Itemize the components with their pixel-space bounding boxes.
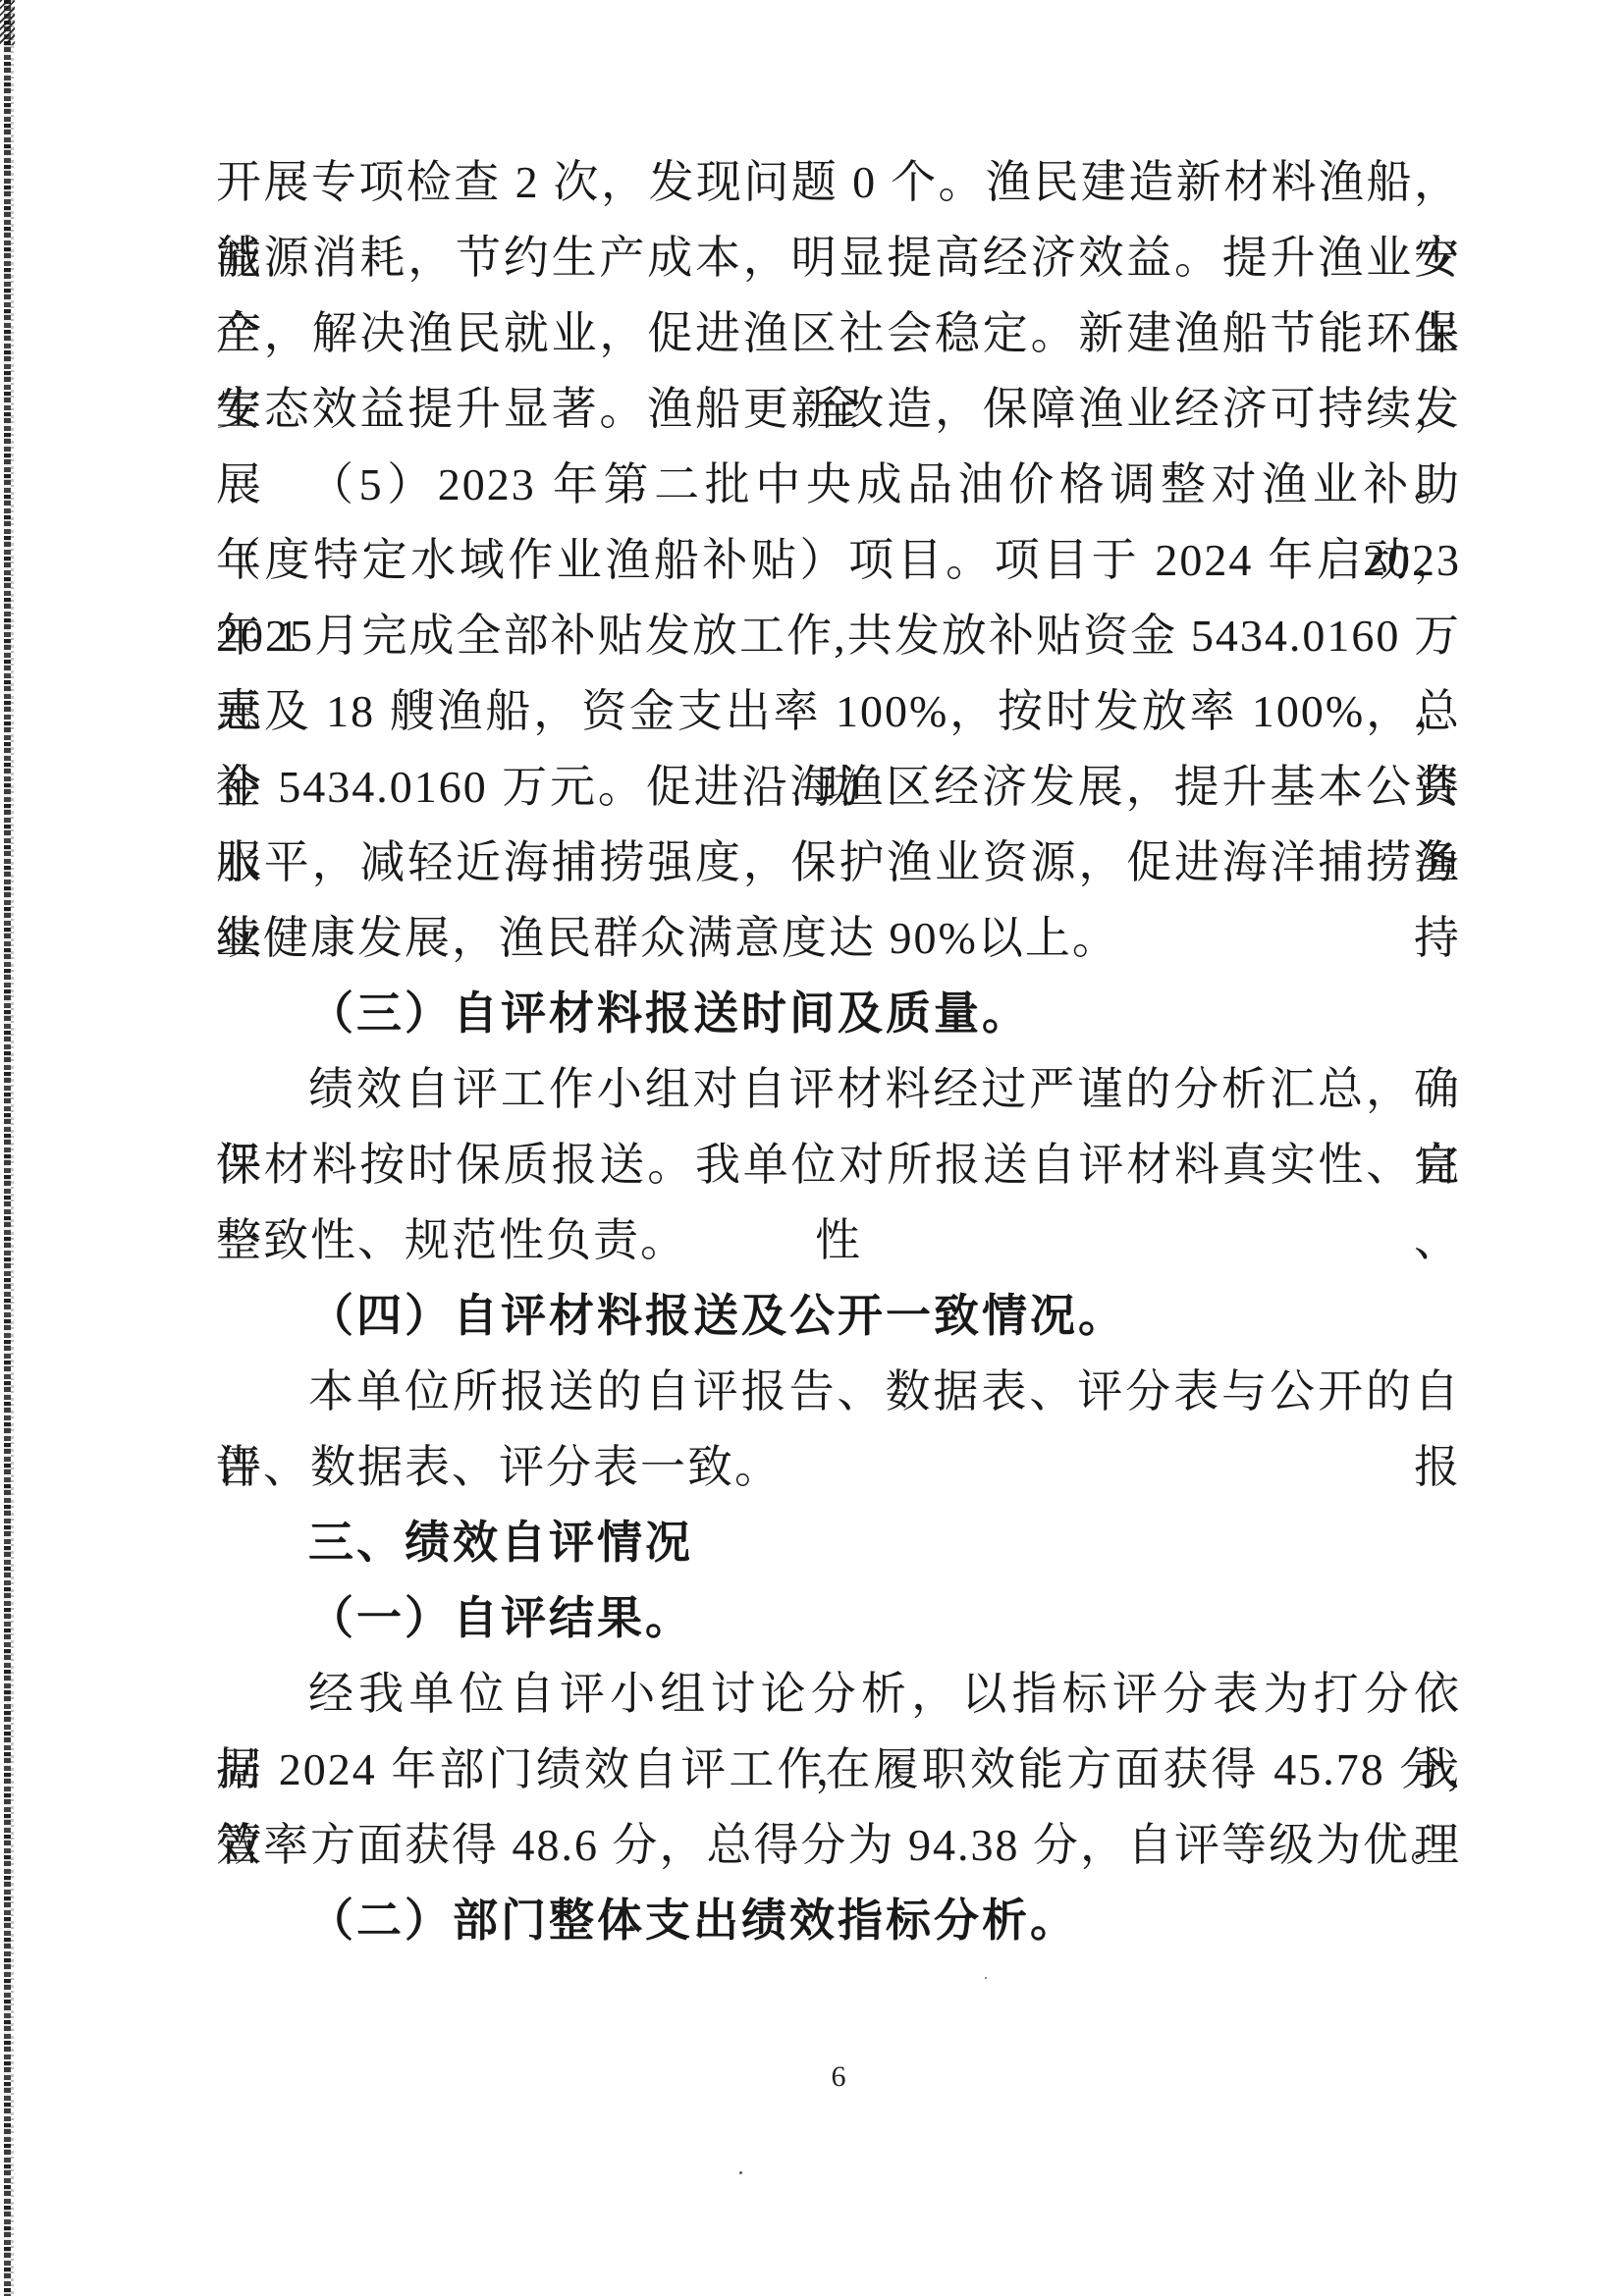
section-heading: （一）自评结果。 xyxy=(216,1580,1461,1656)
text-line: 生态效益提升显著。渔船更新改造，保障渔业经济可持续发展。 xyxy=(216,371,1461,447)
text-line: 水平，减轻近海捕捞强度，保护渔业资源，促进海洋捕捞渔业持 xyxy=(216,825,1461,900)
scan-edge-artifact xyxy=(4,0,11,2296)
scan-edge-artifact-soft xyxy=(11,0,14,2296)
text-line: （5）2023 年第二批中央成品油价格调整对渔业补助（2023 xyxy=(216,447,1461,522)
text-line: 金 5434.0160 万元。促进沿海渔区经济发展，提升基本公共服务 xyxy=(216,749,1461,825)
text-line: 能源消耗，节约生产成本，明显提高经济效益。提升渔业安全生 xyxy=(216,220,1461,295)
section-heading: 三、绩效自评情况 xyxy=(216,1505,1461,1580)
document-body: 开展专项检查 2 次，发现问题 0 个。渔民建造新材料渔船，减少 能源消耗，节约… xyxy=(216,144,1461,1958)
text-line: 开展专项检查 2 次，发现问题 0 个。渔民建造新材料渔船，减少 xyxy=(216,144,1461,220)
text-line: 局 2024 年部门绩效自评工作在履职效能方面获得 45.78 分,管理 xyxy=(216,1732,1461,1807)
scan-speck xyxy=(985,1977,987,1979)
text-line: 绩效自评工作小组对自评材料经过严谨的分析汇总，确保自 xyxy=(216,1051,1461,1127)
text-line: 效率方面获得 48.6 分，总得分为 94.38 分，自评等级为优。 xyxy=(216,1807,1461,1883)
section-heading: （二）部门整体支出绩效指标分析。 xyxy=(216,1883,1461,1958)
page-number: 6 xyxy=(216,2057,1461,2097)
text-line: 年 1 月完成全部补贴发放工作,共发放补贴资金 5434.0160 万元， xyxy=(216,598,1461,673)
scanned-document-page: 开展专项检查 2 次，发现问题 0 个。渔民建造新材料渔船，减少 能源消耗，节约… xyxy=(0,0,1624,2296)
text-line: 本单位所报送的自评报告、数据表、评分表与公开的自评报 xyxy=(216,1354,1461,1429)
section-heading: （三）自评材料报送时间及质量。 xyxy=(216,976,1461,1051)
text-line: 惠及 18 艘渔船，资金支出率 100%，按时发放率 100%，总补助资 xyxy=(216,673,1461,749)
scan-corner-artifact xyxy=(0,0,15,45)
text-line: 经我单位自评小组讨论分析，以指标评分表为打分依据，我 xyxy=(216,1656,1461,1732)
text-line: 年度特定水域作业渔船补贴）项目。项目于 2024 年启动，2025 xyxy=(216,522,1461,598)
text-line: 产，解决渔民就业，促进渔区社会稳定。新建渔船节能环保安全， xyxy=(216,295,1461,371)
section-heading: （四）自评材料报送及公开一致情况。 xyxy=(216,1278,1461,1354)
text-line: 评材料按时保质报送。我单位对所报送自评材料真实性、完整性、 xyxy=(216,1127,1461,1202)
scan-speck xyxy=(739,2171,742,2174)
